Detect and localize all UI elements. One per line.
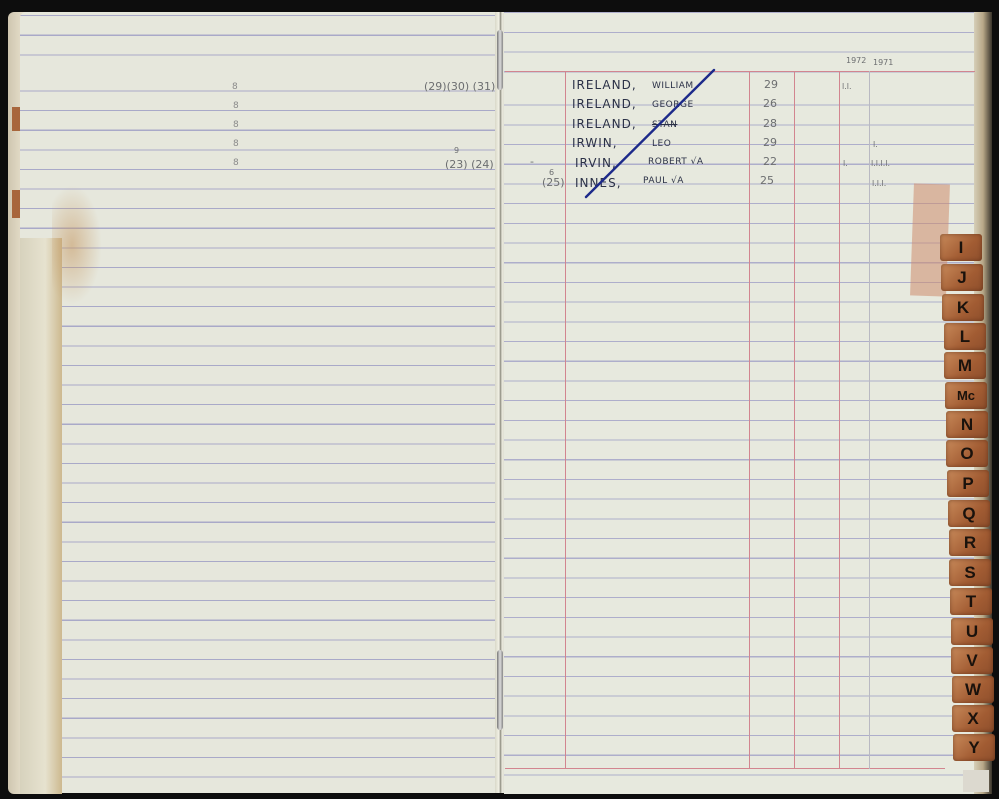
index-tab-u[interactable]: U [951,618,993,645]
ledger-book: (29)(30) (31) 9 (23) (24) 8 8 8 8 8 1972… [0,0,999,799]
index-tab-l[interactable]: L [944,323,986,350]
tab-paper-strip [963,770,989,792]
index-tab-m[interactable]: M [944,352,986,379]
index-tab-i[interactable]: I [940,234,982,261]
index-tab-y[interactable]: Y [953,734,995,761]
index-tab-j[interactable]: J [941,264,983,291]
index-tab-q[interactable]: Q [948,500,990,527]
index-tab-x[interactable]: X [952,705,994,732]
index-tab-s[interactable]: S [949,559,991,586]
index-tab-mc[interactable]: Mc [945,382,987,409]
index-tab-r[interactable]: R [949,529,991,556]
index-tab-k[interactable]: K [942,294,984,321]
index-tab-w[interactable]: W [952,676,994,703]
index-tab-o[interactable]: O [946,440,988,467]
strike-through-line [0,0,999,799]
index-tab-n[interactable]: N [946,411,988,438]
index-tab-p[interactable]: P [947,470,989,497]
index-tab-t[interactable]: T [950,588,992,615]
index-tab-v[interactable]: V [951,647,993,674]
